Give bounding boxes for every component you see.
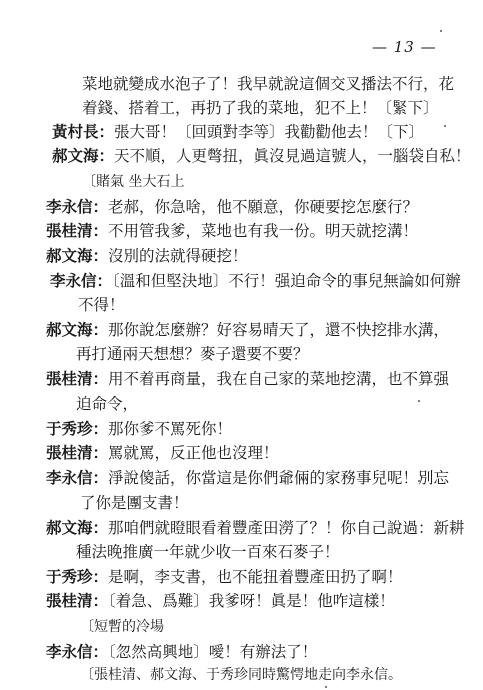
page-number: — 13 —: [372, 38, 437, 56]
dialogue-line: 黃村長：張大哥！〔回頭對李等〕我勸勸他去！〔下〕: [52, 122, 424, 142]
dialogue-line: 再打通兩天想想？麥子還要不要？: [76, 344, 309, 364]
dialogue-line: 了你是團支書！: [80, 493, 189, 513]
dialogue-line: 着錢、搭着工，再扔了我的菜地，犯不上！〔緊下〕: [82, 98, 439, 118]
line-text: 〔忽然高興地〕噯！有辦法了！: [108, 643, 317, 661]
line-text: 再打通兩天想想？麥子還要不要？: [76, 345, 309, 363]
stage-direction: 〔張桂清、郝文海、于秀珍同時驚愕地走向李永信。: [80, 665, 402, 685]
speaker-name: 李永信：: [46, 468, 108, 487]
scan-speck: [418, 480, 420, 482]
line-text: 了你是團支書！: [80, 494, 189, 512]
dialogue-line: 迫命令，: [76, 394, 138, 414]
dialogue-line: 郝文海：那咱們就瞪眼看着豐產田澇了？！你自己說過：新耕: [46, 518, 465, 538]
stage-direction: 〔短暫的冷場: [80, 617, 164, 637]
dialogue-line: 于秀珍：是啊，李支書，也不能扭着豐產田扔了啊！: [46, 567, 403, 587]
speaker-name: 李永信：: [46, 197, 108, 216]
line-text: 迫命令，: [76, 395, 138, 413]
scan-speck: [418, 336, 420, 338]
scan-speck: [444, 125, 446, 127]
dialogue-line: 于秀珍：那你爹不罵死你！: [46, 419, 232, 439]
stage-direction: 〔賭氣 坐大石上: [82, 172, 184, 192]
scan-speck: [440, 30, 442, 32]
scan-speck: [325, 686, 327, 688]
speaker-name: 郝文海：: [52, 146, 114, 165]
dialogue-line: 張桂清：用不着再商量，我在自己家的菜地挖溝，也不算强: [46, 369, 449, 389]
line-text: 〔短暫的冷場: [80, 619, 164, 635]
speaker-name: 郝文海：: [46, 246, 108, 265]
line-text: 不得！: [78, 296, 125, 314]
line-text: 淨說傻話，你當這是你們爺倆的家務事兒呢！別忘: [108, 469, 449, 487]
line-text: 種法晚推廣一年就少收一百來石麥子！: [76, 543, 340, 561]
dialogue-line: 張桂清：不用管我爹，菜地也有我一份。明天就挖溝！: [46, 221, 418, 241]
dialogue-line: 李永信：淨說傻話，你當這是你們爺倆的家務事兒呢！別忘: [46, 468, 449, 488]
speaker-name: 張桂清：: [46, 369, 108, 388]
speaker-name: 李永信：: [46, 642, 108, 661]
dialogue-line: 郝文海：那你說怎麼辦？好容易晴天了，還不快挖排水溝，: [46, 320, 449, 340]
speaker-name: 于秀珍：: [46, 567, 108, 586]
scan-speck: [418, 400, 420, 402]
speaker-name: 于秀珍：: [46, 419, 108, 438]
line-text: 〔着急、爲難〕我爹呀！眞是！他咋這樣！: [108, 592, 395, 610]
speaker-name: 郝文海：: [46, 518, 108, 537]
line-text: 罵就罵，反正他也沒理！: [108, 444, 279, 462]
speaker-name: 張桂清：: [46, 221, 108, 240]
line-text: 天不順，人更彆扭，眞沒見過這號人，一腦袋自私！: [114, 147, 471, 165]
line-text: 那你說怎麼辦？好容易晴天了，還不快挖排水溝，: [108, 321, 449, 339]
dialogue-line: 張桂清：罵就罵，反正他也沒理！: [46, 443, 279, 463]
line-text: 張大哥！〔回頭對李等〕我勸勸他去！〔下〕: [114, 123, 424, 141]
line-text: 不用管我爹，菜地也有我一份。明天就挖溝！: [108, 222, 418, 240]
speaker-name: 黃村長：: [52, 122, 114, 141]
line-text: 菜地就變成水泡子了！我早就說這個交叉播法不行，花: [82, 75, 454, 93]
line-text: 用不着再商量，我在自己家的菜地挖溝，也不算强: [108, 370, 449, 388]
line-text: 那你爹不罵死你！: [108, 420, 232, 438]
dialogue-line: 郝文海：沒別的法就得硬挖！: [46, 246, 248, 266]
dialogue-line: 郝文海：天不順，人更彆扭，眞沒見過這號人，一腦袋自私！: [52, 146, 471, 166]
dialogue-line: 李永信：老郝，你急啥，他不願意，你硬要挖怎麼行？: [46, 197, 418, 217]
line-text: 〔溫和但堅決地〕不行！强迫命令的事兒無論如何辦: [112, 272, 461, 290]
line-text: 〔賭氣 坐大石上: [82, 174, 184, 190]
line-text: 老郝，你急啥，他不願意，你硬要挖怎麼行？: [108, 198, 418, 216]
dialogue-line: 不得！: [78, 295, 125, 315]
speaker-name: 李永信：: [50, 271, 112, 290]
line-text: 是啊，李支書，也不能扭着豐產田扔了啊！: [108, 568, 403, 586]
line-text: 沒別的法就得硬挖！: [108, 247, 248, 265]
dialogue-line: 李永信：〔忽然高興地〕噯！有辦法了！: [46, 642, 317, 662]
dialogue-line: 李永信：〔溫和但堅決地〕不行！强迫命令的事兒無論如何辦: [50, 271, 461, 291]
dialogue-line: 菜地就變成水泡子了！我早就說這個交叉播法不行，花: [82, 74, 454, 94]
dialogue-line: 張桂清：〔着急、爲難〕我爹呀！眞是！他咋這樣！: [46, 591, 395, 611]
dialogue-line: 種法晚推廣一年就少收一百來石麥子！: [76, 542, 340, 562]
speaker-name: 張桂清：: [46, 591, 108, 610]
line-text: 那咱們就瞪眼看着豐產田澇了？！你自己說過：新耕: [108, 519, 465, 537]
line-text: 〔張桂清、郝文海、于秀珍同時驚愕地走向李永信。: [80, 667, 402, 683]
line-text: 着錢、搭着工，再扔了我的菜地，犯不上！〔緊下〕: [82, 99, 439, 117]
speaker-name: 郝文海：: [46, 320, 108, 339]
speaker-name: 張桂清：: [46, 443, 108, 462]
